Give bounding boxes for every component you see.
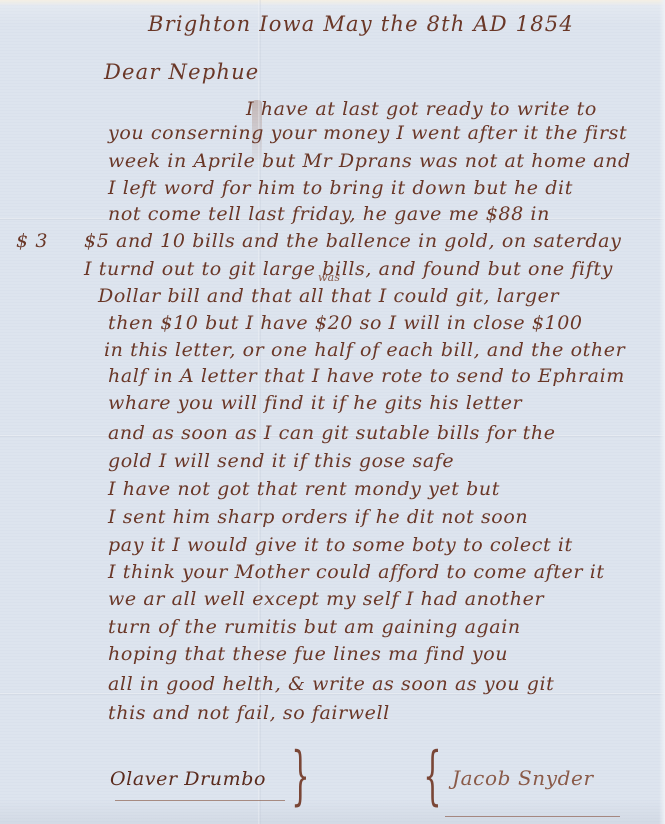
body-line: $5 and 10 bills and the ballence in gold… xyxy=(84,232,621,251)
body-line: week in Aprile but Mr Dprans was not at … xyxy=(108,152,631,171)
body-line: I have not got that rent mondy yet but xyxy=(108,480,500,499)
signature-brace-left: } xyxy=(291,744,309,808)
body-line: turn of the rumitis but am gaining again xyxy=(108,618,521,637)
insertion-word: was xyxy=(318,272,340,283)
letter-page: Brighton Iowa May the 8th AD 1854 Dear N… xyxy=(0,0,665,824)
signature-underline-right xyxy=(445,816,620,817)
body-line: I sent him sharp orders if he dit not so… xyxy=(108,508,528,527)
signature-underline-left xyxy=(115,800,285,801)
body-line: Dollar bill and that all that I could gi… xyxy=(98,287,559,306)
body-line: I think your Mother could afford to come… xyxy=(108,563,605,582)
body-line: in this letter, or one half of each bill… xyxy=(104,341,625,360)
body-line: I left word for him to bring it down but… xyxy=(108,179,573,198)
body-line: pay it I would give it to some boty to c… xyxy=(108,536,573,555)
body-line: whare you will find it if he gits his le… xyxy=(108,394,522,413)
letter-salutation: Dear Nephue xyxy=(104,62,259,83)
body-line: half in A letter that I have rote to sen… xyxy=(108,367,625,386)
body-line: I have at last got ready to write to xyxy=(246,100,597,119)
body-line: gold I will send it if this gose safe xyxy=(108,452,454,471)
letter-place-date: Brighton Iowa May the 8th AD 1854 xyxy=(148,14,574,35)
body-line: then $10 but I have $20 so I will in clo… xyxy=(108,314,583,333)
body-line: and as soon as I can git sutable bills f… xyxy=(108,424,556,443)
signature-left: Olaver Drumbo xyxy=(110,770,266,789)
body-line: all in good helth, & write as soon as yo… xyxy=(108,675,554,694)
body-line: I turnd out to git large bills, and foun… xyxy=(84,260,613,279)
body-line: not come tell last friday, he gave me $8… xyxy=(108,205,550,224)
margin-note: $ 3 xyxy=(16,232,48,251)
signature-brace-right: { xyxy=(423,744,441,808)
signature-right: Jacob Snyder xyxy=(452,768,594,788)
body-line: you conserning your money I went after i… xyxy=(108,124,627,143)
body-line: we ar all well except my self I had anot… xyxy=(108,590,544,609)
body-line: hoping that these fue lines ma find you xyxy=(108,645,508,664)
body-line: this and not fail, so fairwell xyxy=(108,704,390,723)
